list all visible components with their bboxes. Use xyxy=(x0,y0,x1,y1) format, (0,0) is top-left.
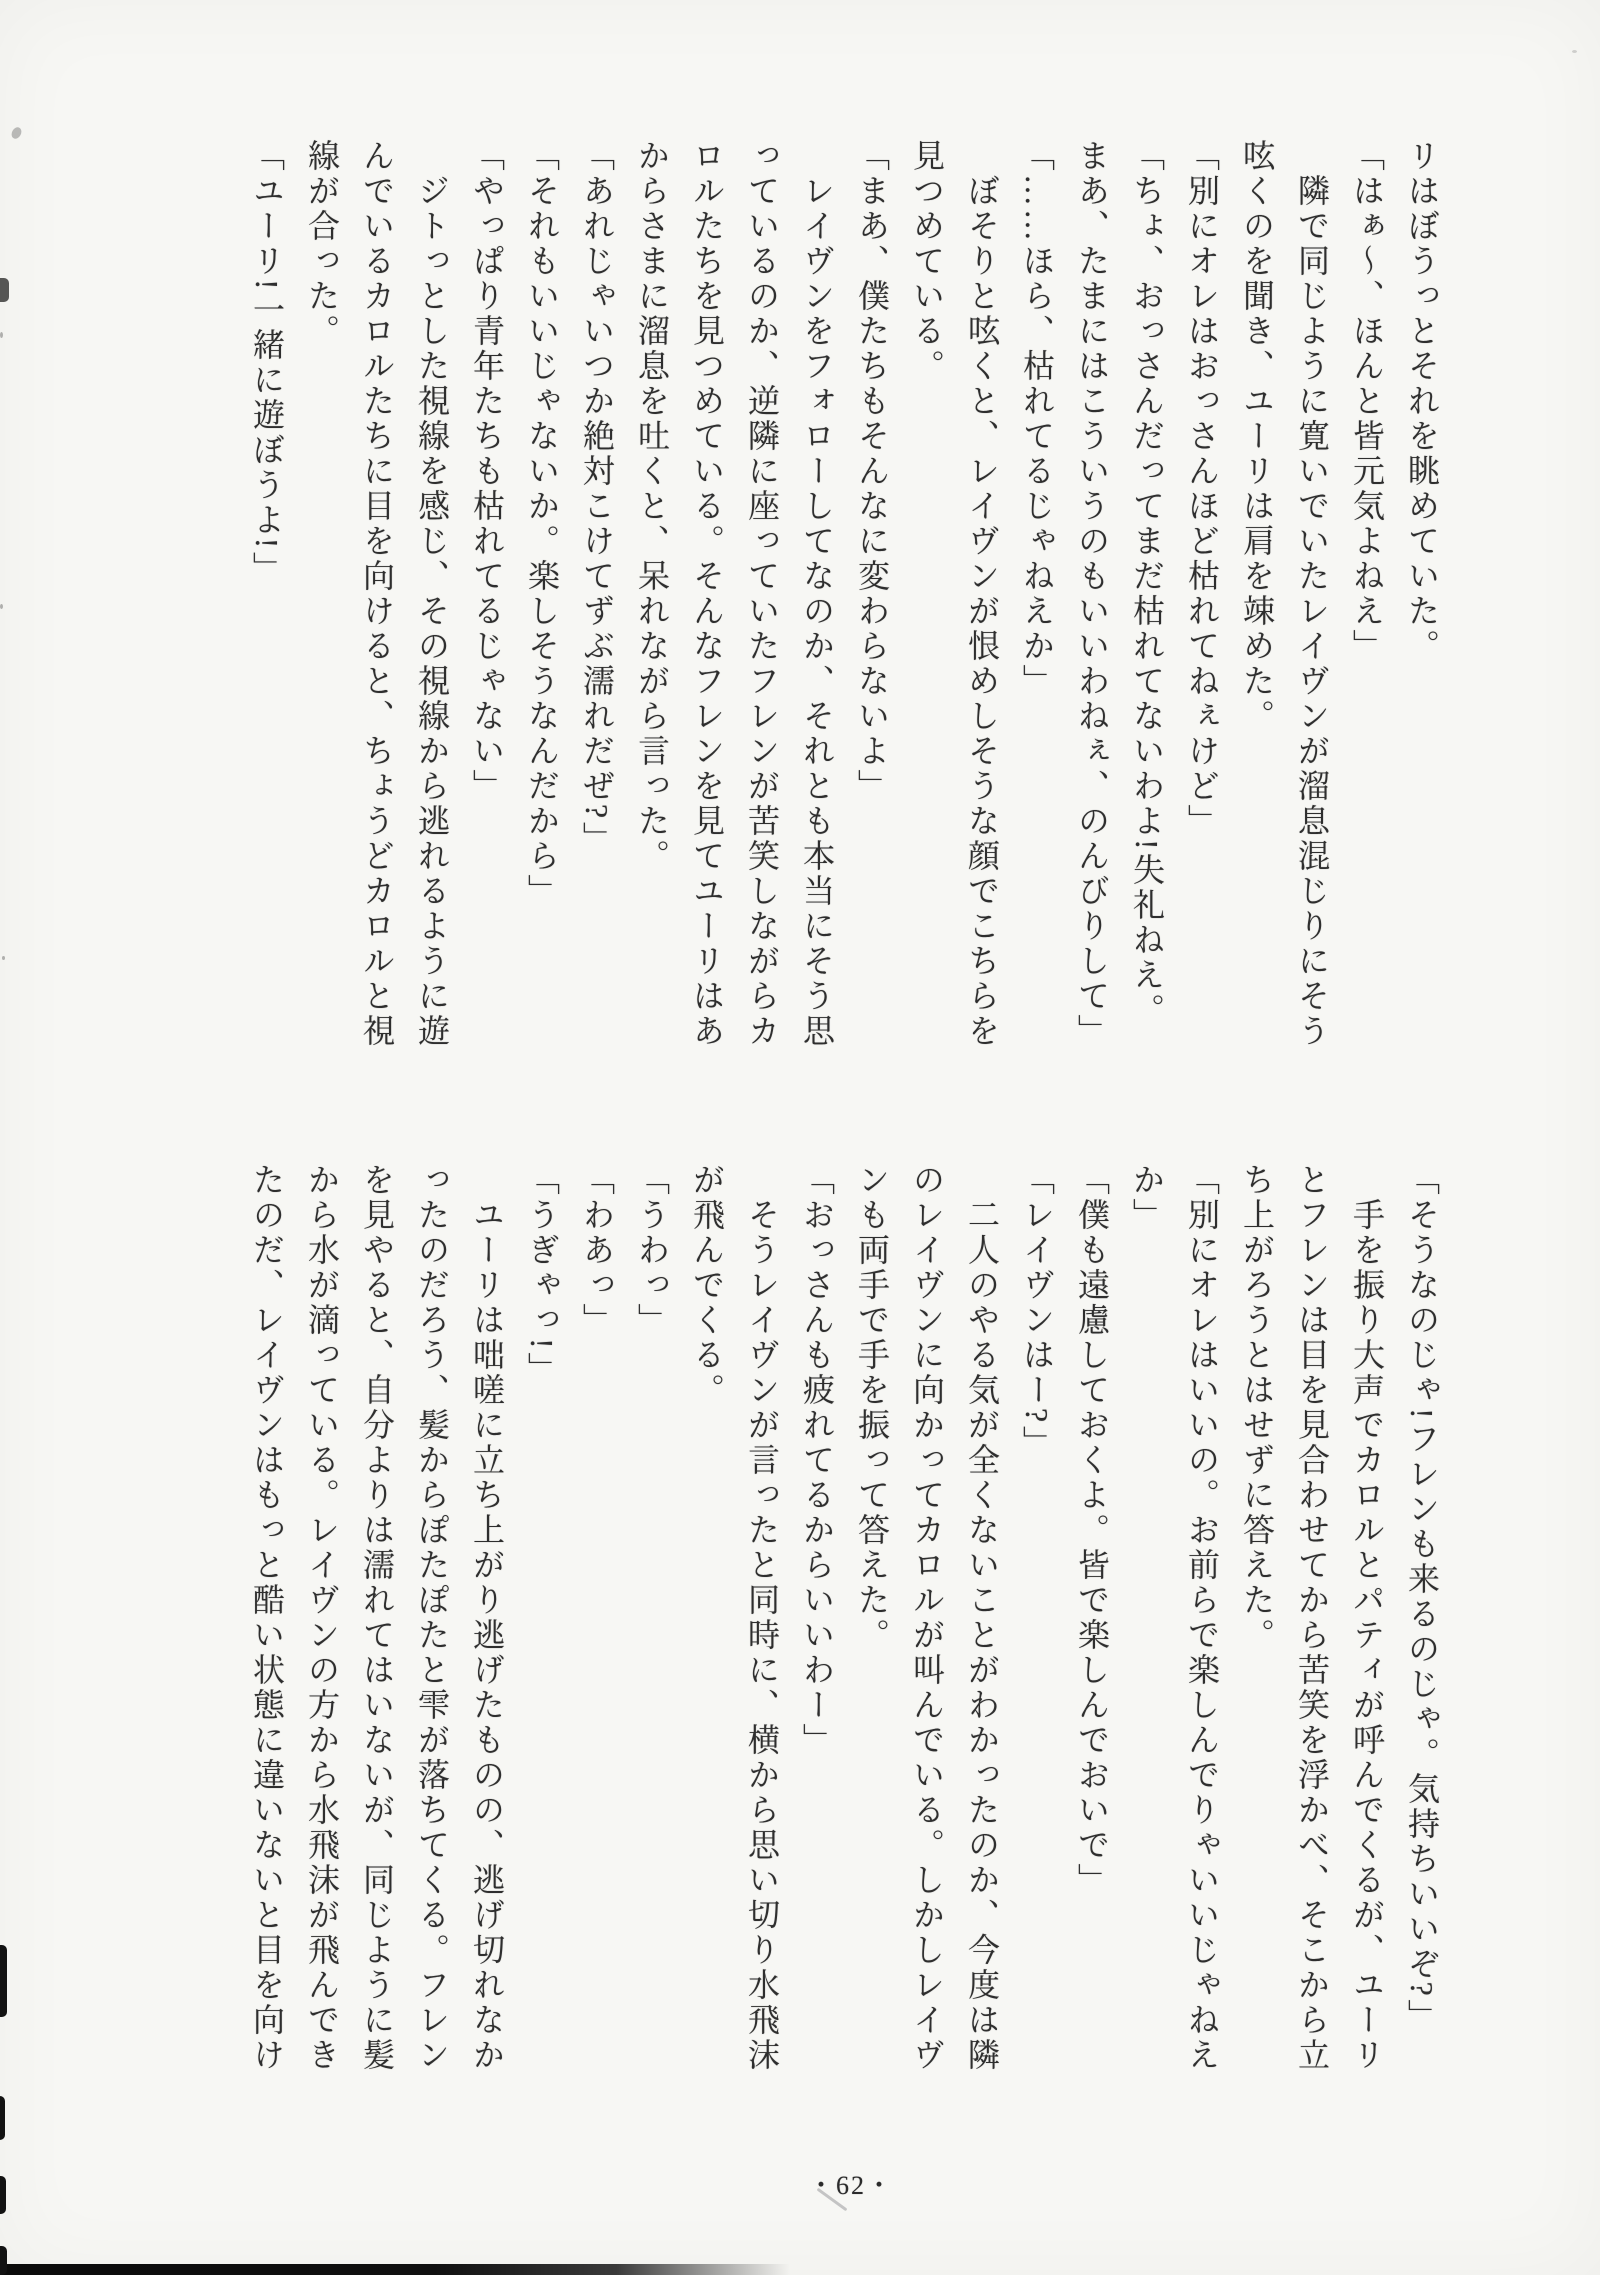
text-line: 「はぁ〜、ほんと皆元気よねえ」 xyxy=(1339,139,1394,1079)
text-line: 「うわっ」 xyxy=(624,1163,679,2103)
text-line: 「別にオレはおっさんほど枯れてねぇけど」 xyxy=(1174,139,1229,1079)
text-line: が飛んでくる。 xyxy=(679,1163,734,2103)
scan-artifact xyxy=(0,278,9,302)
scan-artifact xyxy=(0,2096,5,2140)
text-line: 「それもいいじゃないか。楽しそうなんだから」 xyxy=(514,139,569,1079)
text-line: 線が合った。 xyxy=(294,139,349,1079)
text-line: 呟くのを聞き、ユーリは肩を竦めた。 xyxy=(1229,139,1284,1079)
text-line: から水が滴っている。レイヴンの方から水飛沫が飛んでき xyxy=(294,1163,349,2103)
scan-artifact xyxy=(1572,50,1577,53)
text-line: っているのか、逆隣に座っていたフレンが苦笑しながらカ xyxy=(734,139,789,1079)
scan-artifact xyxy=(0,604,3,609)
text-line: ンも両手で手を振って答えた。 xyxy=(844,1163,899,2103)
scan-artifact xyxy=(0,1945,7,2017)
text-line: ユーリは咄嗟に立ち上がり逃げたものの、逃げ切れなか xyxy=(459,1163,514,2103)
text-line: 「うぎゃっ!」 xyxy=(514,1163,569,2103)
text-line: そうレイヴンが言ったと同時に、横から思い切り水飛沫 xyxy=(734,1163,789,2103)
text-line: 隣で同じように寛いでいたレイヴンが溜息混じりにそう xyxy=(1284,139,1339,1079)
text-line: からさまに溜息を吐くと、呆れながら言った。 xyxy=(624,139,679,1079)
text-line: 「そうなのじゃ!フレンも来るのじゃ。気持ちいいぞ?」 xyxy=(1394,1163,1449,2103)
text-line: 「ユーリ!一緒に遊ぼうよ!」 xyxy=(239,139,294,1079)
top-text-block: リはぼうっとそれを眺めていた。「はぁ〜、ほんと皆元気よねえ」隣で同じように寛いで… xyxy=(189,139,1449,1079)
page-number: ・62・ xyxy=(796,2165,906,2202)
text-line: 「おっさんも疲れてるからいいわー」 xyxy=(789,1163,844,2103)
scanned-page: リはぼうっとそれを眺めていた。「はぁ〜、ほんと皆元気よねえ」隣で同じように寛いで… xyxy=(0,0,1600,2275)
text-line: たのだ、レイヴンはもっと酷い状態に違いないと目を向け xyxy=(239,1163,294,2103)
text-line: 「あれじゃいつか絶対こけてずぶ濡れだぜ?」 xyxy=(569,139,624,1079)
text-line: リはぼうっとそれを眺めていた。 xyxy=(1394,139,1449,1079)
text-line: ぼそりと呟くと、レイヴンが恨めしそうな顔でこちらを xyxy=(954,139,1009,1079)
text-line: 「別にオレはいいの。お前らで楽しんでりゃいいじゃねえ xyxy=(1174,1163,1229,2103)
scan-artifact xyxy=(0,332,3,338)
text-line: ロルたちを見つめている。そんなフレンを見てユーリはあ xyxy=(679,139,734,1079)
text-line: まあ、たまにはこういうのもいいわねぇ、のんびりして」 xyxy=(1064,139,1119,1079)
text-line: 「……ほら、枯れてるじゃねえか」 xyxy=(1009,139,1064,1079)
text-line: か」 xyxy=(1119,1163,1174,2103)
text-line: 見つめている。 xyxy=(899,139,954,1079)
text-line: とフレンは目を見合わせてから苦笑を浮かべ、そこから立 xyxy=(1284,1163,1339,2103)
scan-artifact xyxy=(0,2246,7,2275)
text-line: 「わあっ」 xyxy=(569,1163,624,2103)
text-line: 二人のやる気が全くないことがわかったのか、今度は隣 xyxy=(954,1163,1009,2103)
bottom-text-block: 「そうなのじゃ!フレンも来るのじゃ。気持ちいいぞ?」手を振り大声でカロルとパティ… xyxy=(189,1163,1449,2103)
text-line: を見やると、自分よりは濡れてはいないが、同じように髪 xyxy=(349,1163,404,2103)
text-line: 「やっぱり青年たちも枯れてるじゃない」 xyxy=(459,139,514,1079)
scan-edge-line xyxy=(0,2264,790,2275)
text-line: 手を振り大声でカロルとパティが呼んでくるが、ユーリ xyxy=(1339,1163,1394,2103)
text-line: 「まあ、僕たちもそんなに変わらないよ」 xyxy=(844,139,899,1079)
text-line: のレイヴンに向かってカロルが叫んでいる。しかしレイヴ xyxy=(899,1163,954,2103)
text-line: ち上がろうとはせずに答えた。 xyxy=(1229,1163,1284,2103)
text-line: ったのだろう、髪からぽたぽたと雫が落ちてくる。フレン xyxy=(404,1163,459,2103)
scan-artifact xyxy=(10,126,24,141)
text-line: 「僕も遠慮しておくよ。皆で楽しんでおいで」 xyxy=(1064,1163,1119,2103)
text-line: レイヴンをフォローしてなのか、それとも本当にそう思 xyxy=(789,139,844,1079)
scan-artifact xyxy=(0,2176,6,2214)
text-line: 「ちょ、おっさんだってまだ枯れてないわよ!失礼ねえ。 xyxy=(1119,139,1174,1079)
text-line: ジトっとした視線を感じ、その視線から逃れるように遊 xyxy=(404,139,459,1079)
scan-artifact xyxy=(2,956,5,960)
text-line: 「レイヴンはー?」 xyxy=(1009,1163,1064,2103)
text-line: んでいるカロルたちに目を向けると、ちょうどカロルと視 xyxy=(349,139,404,1079)
